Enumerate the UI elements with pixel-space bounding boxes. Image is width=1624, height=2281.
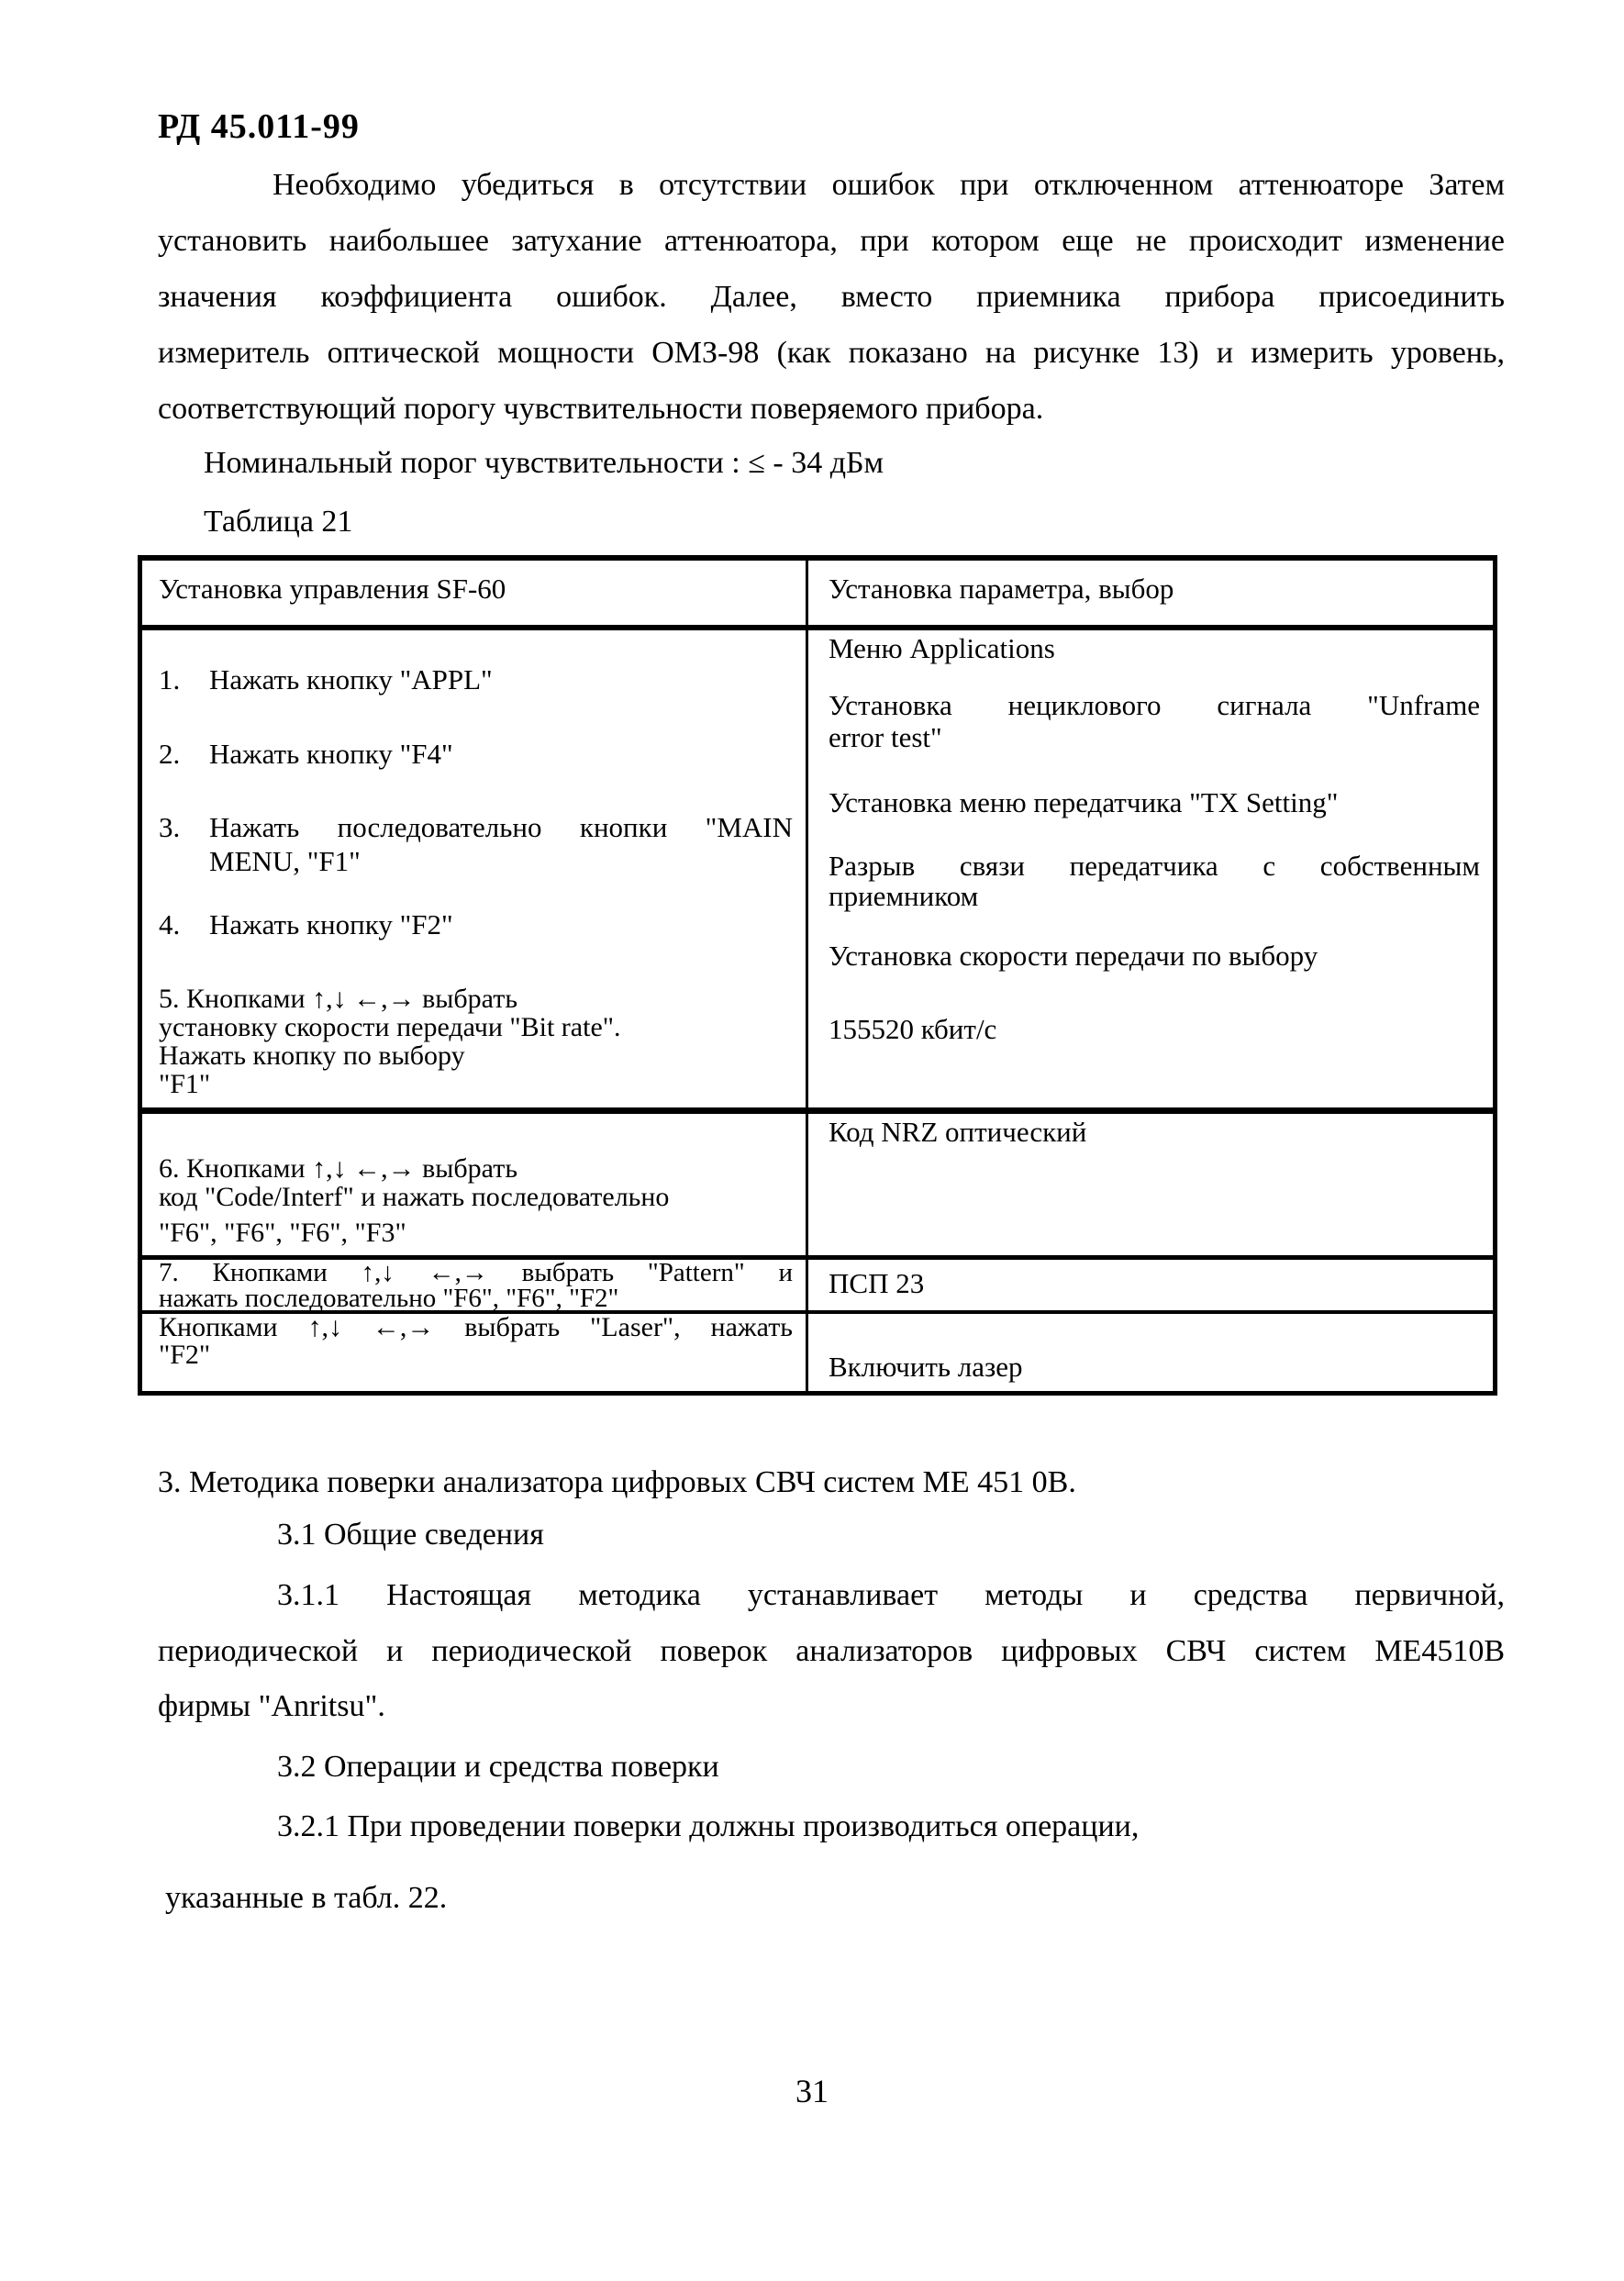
section-3-heading: 3. Методика поверки анализатора цифровых… — [158, 1463, 1505, 1503]
step-text: Нажать кнопку "APPL" — [209, 663, 493, 695]
table-caption: Таблица 21 — [204, 505, 352, 540]
step-item-4: 4. Нажать кнопку "F2" — [159, 907, 793, 943]
step-text-line: Нажать последовательно кнопки "MAIN — [209, 810, 793, 844]
step-text-line: 7. Кнопками ↑,↓ ←,→ выбрать "Pattern" и — [159, 1260, 793, 1285]
intro-line-1: Необходимо убедиться в отсутствии ошибок… — [158, 165, 1505, 206]
param-link-break: Разрыв связи передатчика с собственным п… — [829, 851, 1480, 911]
step-text-line: "F1" — [159, 1070, 793, 1098]
step-text-line: Кнопками ↑,↓ ←,→ выбрать "Laser", нажать — [159, 1314, 793, 1341]
param-code-nrz: Код NRZ оптический — [829, 1114, 1480, 1151]
step-number: 4. — [159, 907, 180, 943]
step-item-3: 3. Нажать последовательно кнопки "MAIN M… — [159, 810, 793, 878]
step-item-6: 6. Кнопками ↑,↓ ←,→ выбрать код "Code/In… — [159, 1154, 793, 1247]
step-text-line: MENU, "F1" — [209, 844, 793, 878]
table-row-1: 1. Нажать кнопку "APPL" 2. Нажать кнопку… — [142, 630, 1493, 1114]
intro-line-3: значения коэффициента ошибок. Далее, вме… — [158, 277, 1505, 317]
intro-line-2: установить наибольшее затухание аттенюат… — [158, 221, 1505, 261]
section-3-2-heading: 3.2 Операции и средства поверки — [158, 1747, 1505, 1787]
para-3-1-1-line-2: периодической и периодической поверок ан… — [158, 1631, 1505, 1672]
step-text: Нажать кнопку "F4" — [209, 738, 453, 770]
step-text-line: код "Code/Interf" и нажать последователь… — [159, 1183, 793, 1211]
page-number: 31 — [0, 2072, 1624, 2110]
step-text-line: "F6", "F6", "F6", "F3" — [159, 1218, 793, 1247]
cell-param-psp: ПСП 23 — [808, 1260, 1493, 1310]
step-text-line: Нажать кнопку по выбору — [159, 1041, 793, 1070]
param-bitrate-value: 155520 кбит/с — [829, 1011, 1480, 1048]
cell-param-nrz: Код NRZ оптический — [808, 1114, 1493, 1255]
header-cell-parameter: Установка параметра, выбор — [808, 561, 1493, 625]
cell-params-1: Меню Applications Установка нециклового … — [808, 630, 1493, 1107]
document-page: РД 45.011-99 Необходимо убедиться в отсу… — [0, 0, 1624, 2281]
step-item-laser: Кнопками ↑,↓ ←,→ выбрать "Laser", нажать… — [159, 1314, 793, 1369]
step-item-1: 1. Нажать кнопку "APPL" — [159, 662, 793, 698]
param-bitrate-select: Установка скорости передачи по выбору — [829, 938, 1480, 974]
threshold-note: Номинальный порог чувствительности : ≤ -… — [204, 446, 884, 481]
step-number: 2. — [159, 736, 180, 773]
section-3-1-heading: 3.1 Общие сведения — [158, 1515, 1505, 1555]
cell-param-laser: Включить лазер — [808, 1314, 1493, 1391]
step-text-line: 6. Кнопками ↑,↓ ←,→ выбрать — [159, 1154, 793, 1183]
param-menu-applications: Меню Applications — [829, 630, 1480, 667]
param-unframe: Установка нециклового сигнала "Unframe e… — [829, 689, 1480, 753]
intro-line-5: соответствующий порогу чувствительности … — [158, 389, 1505, 429]
table-header-row: Установка управления SF-60 Установка пар… — [142, 561, 1493, 630]
table-row-2: 6. Кнопками ↑,↓ ←,→ выбрать код "Code/In… — [142, 1114, 1493, 1260]
para-3-2-1-line-1: 3.2.1 При проведении поверки должны прои… — [158, 1807, 1505, 1847]
table-row-3: 7. Кнопками ↑,↓ ←,→ выбрать "Pattern" и … — [142, 1260, 1493, 1314]
header-cell-control: Установка управления SF-60 — [142, 561, 808, 625]
step-text-line: установку скорости передачи "Bit rate". — [159, 1013, 793, 1041]
param-line: приемником — [829, 881, 1480, 911]
step-text-line: "F2" — [159, 1341, 793, 1369]
step-item-5: 5. Кнопками ↑,↓ ←,→ выбрать установку ск… — [159, 985, 793, 1098]
cell-steps-1-5: 1. Нажать кнопку "APPL" 2. Нажать кнопку… — [142, 630, 808, 1107]
param-line: Установка нециклового сигнала "Unframe — [829, 689, 1480, 721]
doc-code: РД 45.011-99 — [158, 106, 360, 147]
para-3-1-1-line-3: фирмы "Anritsu". — [158, 1686, 1505, 1727]
param-psp-23: ПСП 23 — [829, 1265, 1480, 1302]
cell-step-7: 7. Кнопками ↑,↓ ←,→ выбрать "Pattern" и … — [142, 1260, 808, 1310]
cell-step-laser: Кнопками ↑,↓ ←,→ выбрать "Laser", нажать… — [142, 1314, 808, 1391]
para-3-2-1-line-2: указанные в табл. 22. — [158, 1878, 1505, 1919]
step-text-line: нажать последовательно "F6", "F6", "F2" — [159, 1285, 793, 1311]
step-text: Нажать кнопку "F2" — [209, 908, 453, 940]
step-number: 3. — [159, 810, 180, 844]
param-laser-on: Включить лазер — [829, 1349, 1480, 1385]
step-text-line: 5. Кнопками ↑,↓ ←,→ выбрать — [159, 985, 793, 1013]
table-row-4: Кнопками ↑,↓ ←,→ выбрать "Laser", нажать… — [142, 1314, 1493, 1391]
settings-table: Установка управления SF-60 Установка пар… — [138, 555, 1497, 1396]
param-line: error test" — [829, 721, 1480, 753]
cell-step-6: 6. Кнопками ↑,↓ ←,→ выбрать код "Code/In… — [142, 1114, 808, 1255]
step-item-7: 7. Кнопками ↑,↓ ←,→ выбрать "Pattern" и … — [159, 1260, 793, 1311]
step-number: 1. — [159, 662, 180, 698]
param-line: Разрыв связи передатчика с собственным — [829, 851, 1480, 881]
param-tx-setting: Установка меню передатчика "TX Setting" — [829, 784, 1480, 821]
intro-line-4: измеритель оптической мощности ОМЗ-98 (к… — [158, 333, 1505, 373]
step-item-2: 2. Нажать кнопку "F4" — [159, 736, 793, 773]
para-3-1-1-line-1: 3.1.1 Настоящая методика устанавливает м… — [158, 1575, 1505, 1616]
